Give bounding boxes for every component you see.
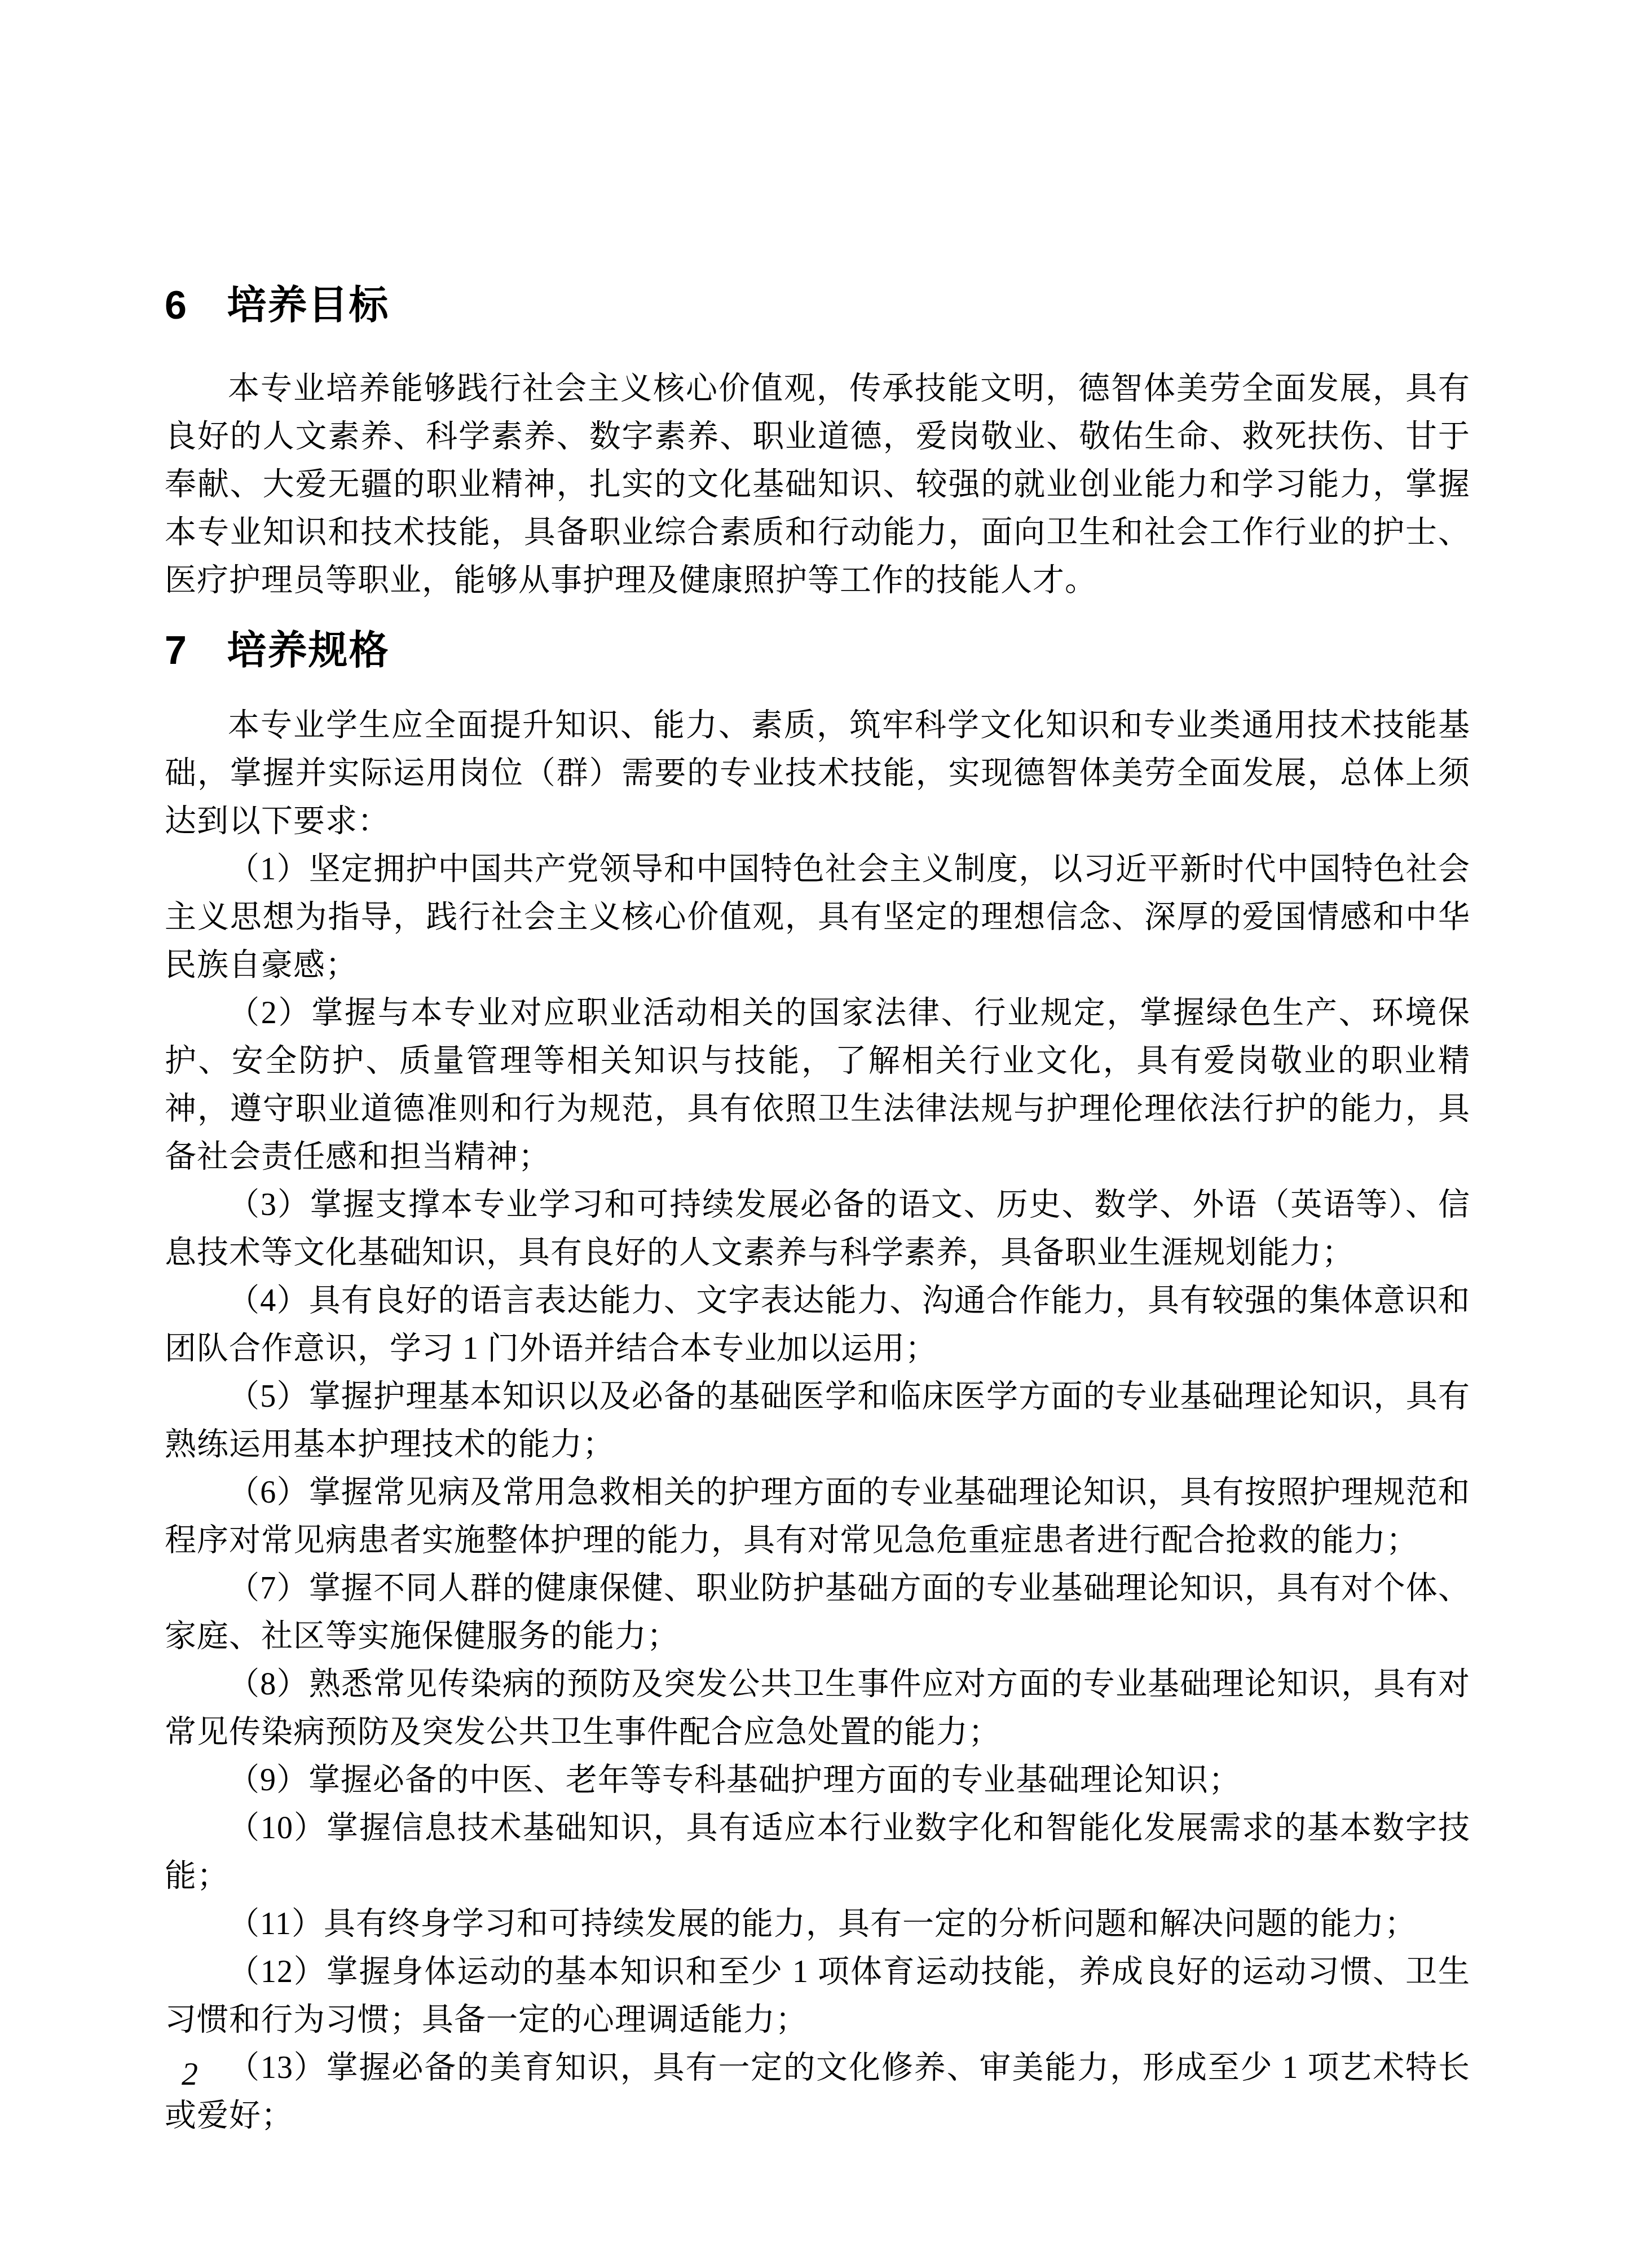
requirement-item-2: （2）掌握与本专业对应职业活动相关的国家法律、行业规定，掌握绿色生产、环境保护、… [165,989,1470,1181]
requirement-item-5: （5）掌握护理基本知识以及必备的基础医学和临床医学方面的专业基础理论知识，具有熟… [165,1373,1470,1469]
section-7-number: 7 [165,630,188,671]
requirement-item-11: （11）具有终身学习和可持续发展的能力，具有一定的分析问题和解决问题的能力； [165,1900,1470,1948]
section-training-specifications: 7 培养规格 本专业学生应全面提升知识、能力、素质，筑牢科学文化知识和专业类通用… [165,630,1470,2140]
section-7-intro-paragraph: 本专业学生应全面提升知识、能力、素质，筑牢科学文化知识和专业类通用技术技能基础，… [165,702,1470,845]
section-6-title: 培养目标 [227,285,389,325]
section-7-heading: 7 培养规格 [165,630,1470,671]
requirement-item-12: （12）掌握身体运动的基本知识和至少 1 项体育运动技能，养成良好的运动习惯、卫… [165,1948,1470,2044]
requirement-item-10: （10）掌握信息技术基础知识，具有适应本行业数字化和智能化发展需求的基本数字技能… [165,1804,1470,1900]
section-6-heading: 6 培养目标 [165,285,1470,325]
requirement-item-3: （3）掌握支撑本专业学习和可持续发展必备的语文、历史、数学、外语（英语等）、信息… [165,1181,1470,1277]
document-page: 6 培养目标 本专业培养能够践行社会主义核心价值观，传承技能文明，德智体美劳全面… [0,0,1627,2268]
requirement-item-8: （8）熟悉常见传染病的预防及突发公共卫生事件应对方面的专业基础理论知识，具有对常… [165,1661,1470,1756]
page-content: 6 培养目标 本专业培养能够践行社会主义核心价值观，传承技能文明，德智体美劳全面… [165,285,1470,2140]
requirement-item-1: （1）坚定拥护中国共产党领导和中国特色社会主义制度，以习近平新时代中国特色社会主… [165,845,1470,989]
page-number: 2 [182,2056,198,2092]
section-6-number: 6 [165,285,188,325]
section-7-title: 培养规格 [227,630,389,671]
requirement-item-9: （9）掌握必备的中医、老年等专科基础护理方面的专业基础理论知识； [165,1756,1470,1804]
requirement-item-7: （7）掌握不同人群的健康保健、职业防护基础方面的专业基础理论知识，具有对个体、家… [165,1565,1470,1661]
section-6-paragraph: 本专业培养能够践行社会主义核心价值观，传承技能文明，德智体美劳全面发展，具有良好… [165,365,1470,605]
requirement-item-4: （4）具有良好的语言表达能力、文字表达能力、沟通合作能力，具有较强的集体意识和团… [165,1277,1470,1373]
requirement-item-6: （6）掌握常见病及常用急救相关的护理方面的专业基础理论知识，具有按照护理规范和程… [165,1469,1470,1565]
section-training-objectives: 6 培养目标 本专业培养能够践行社会主义核心价值观，传承技能文明，德智体美劳全面… [165,285,1470,605]
requirement-item-13: （13）掌握必备的美育知识，具有一定的文化修养、审美能力，形成至少 1 项艺术特… [165,2044,1470,2140]
